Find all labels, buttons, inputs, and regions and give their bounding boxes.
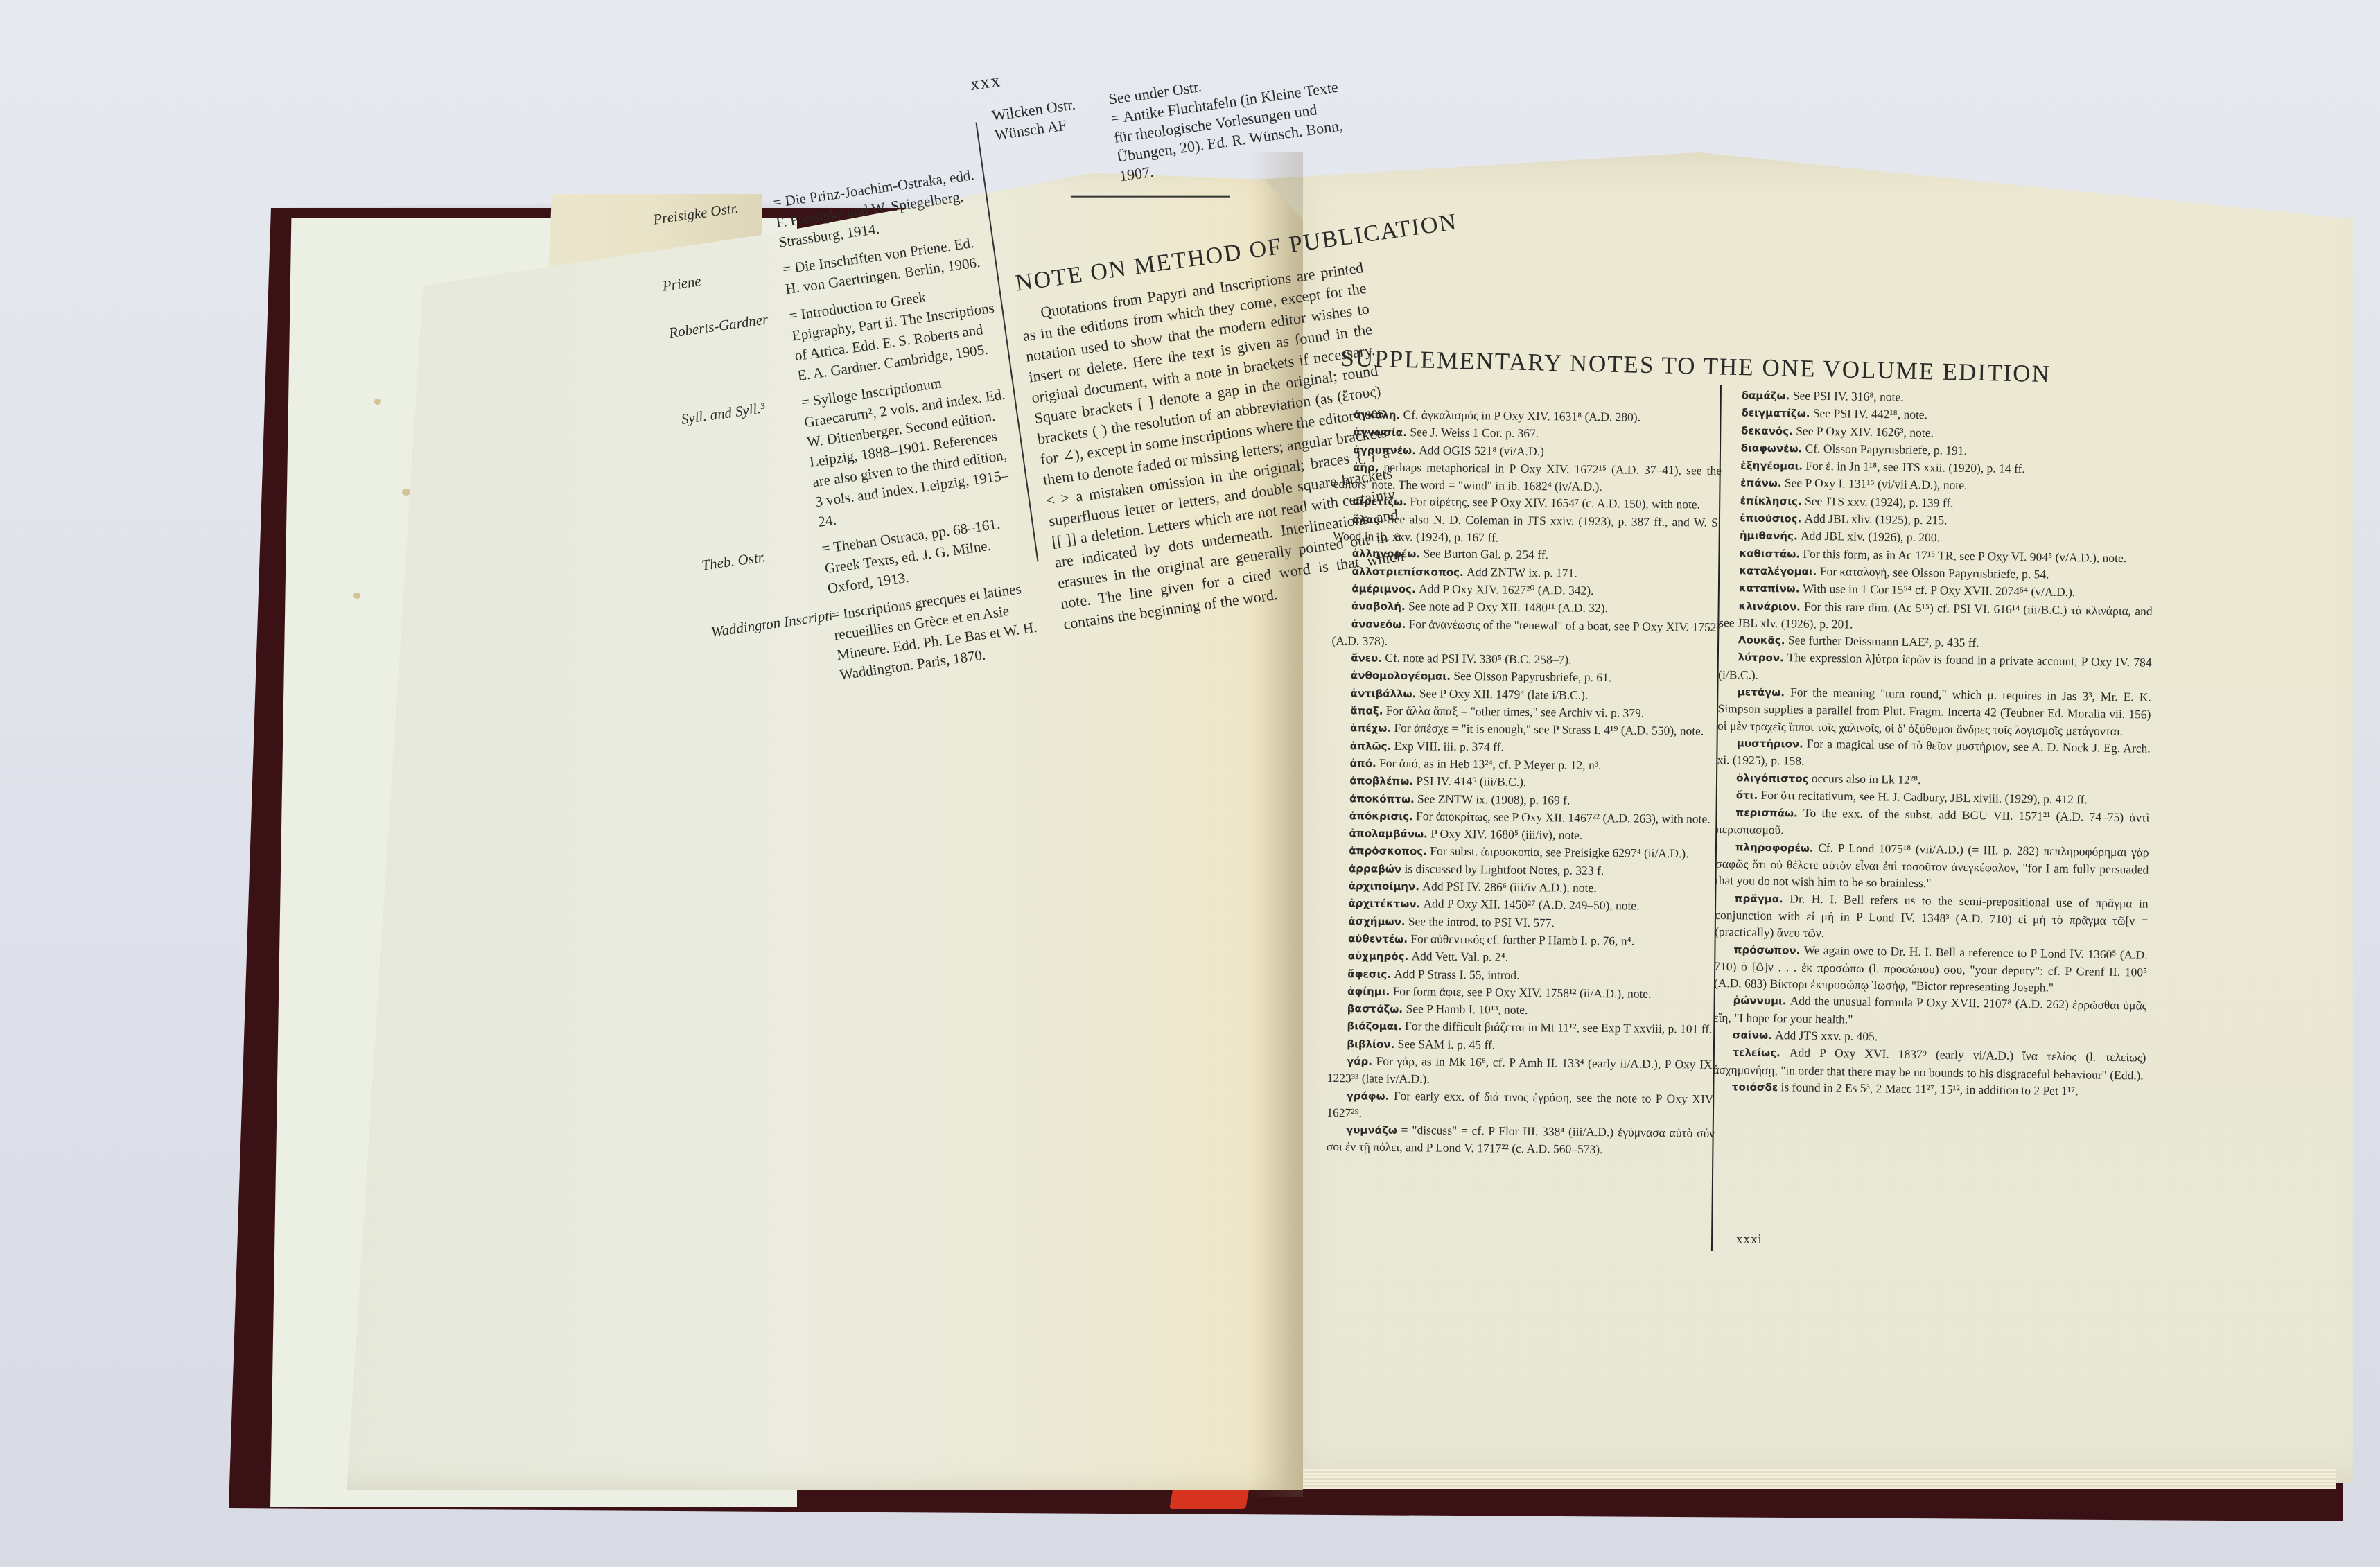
entry-text: occurs also in Lk 12²⁸.: [1812, 771, 1921, 786]
headword: ἁπλῶς.: [1350, 739, 1391, 753]
entry-text: is found in 2 Es 5³, 2 Macc 11²⁷, 15¹², …: [1781, 1080, 2079, 1098]
entry-text: With use in 1 Cor 15⁵⁴ cf. P Oxy XVII. 2…: [1803, 581, 2076, 599]
headword: ὅτι.: [1736, 789, 1758, 801]
headword: σαίνω.: [1733, 1028, 1772, 1042]
headword: ἀρχιτέκτων.: [1348, 898, 1420, 911]
headword: τελείως.: [1732, 1047, 1780, 1060]
entry-text: See Olsson Papyrusbriefe, p. 61.: [1453, 669, 1611, 684]
entry-text: See also N. D. Coleman in JTS xxiv. (192…: [1333, 512, 1721, 545]
headword: καθιστάω.: [1740, 547, 1801, 560]
entry-text: For ἀπέσχε = "it is enough," see P Stras…: [1394, 721, 1704, 738]
entry-text: Exp VIII. iii. p. 374 ff.: [1394, 739, 1503, 754]
abbreviation-key: Preisigke Ostr.: [651, 193, 780, 270]
headword: δαμάζω.: [1742, 389, 1790, 402]
entry-text: Add JBL xliv. (1925), p. 215.: [1805, 511, 1948, 527]
entry-text: See PSI IV. 442¹⁸, note.: [1813, 406, 1927, 421]
headword: ἀντιβάλλω.: [1351, 687, 1417, 700]
entry-text: For form ἄφιε, see P Oxy XIV. 1758¹² (ii…: [1393, 984, 1652, 1001]
headword: καταπίνω.: [1739, 582, 1800, 595]
entry-text: For ἄλλα ἅπαξ = "other times," see Archi…: [1386, 703, 1645, 720]
entry-text: For αἱρέτης, see P Oxy XIV. 1654⁷ (c. A.…: [1410, 495, 1700, 511]
headword: ἀναβολή.: [1351, 600, 1406, 613]
headword: ἀήρ,: [1353, 461, 1379, 473]
headword: ἀπέχω.: [1350, 722, 1391, 735]
headword: ἀρχιποίμην.: [1349, 879, 1419, 893]
headword: ἀλληγορέω.: [1352, 548, 1421, 561]
entry-text: See P Hamb I. 10¹³, note.: [1406, 1001, 1528, 1017]
lexicon-entry: ἀήρ, perhaps metaphorical in P Oxy XIV. …: [1333, 458, 1722, 496]
headword: γυμνάζω: [1346, 1123, 1397, 1137]
entry-text: Add P Oxy XII. 1450²⁷ (A.D. 249–50), not…: [1423, 897, 1639, 913]
headword: ἀγνωσία.: [1354, 426, 1407, 439]
abbreviation-value: = Sylloge Inscriptionum Graecarum², 2 vo…: [800, 365, 1022, 532]
headword: πρόσωπον.: [1734, 943, 1801, 956]
abbreviation-list: Preisigke Ostr.= Die Prinz-Joachim-Ostra…: [651, 165, 1044, 709]
headword: δεκανός.: [1741, 424, 1793, 437]
headword: ἀλλοτριεπίσκοπος.: [1351, 565, 1463, 579]
abbreviation-list-continued: Wilcken Ostr.See under Ostr. Wünsch AF= …: [990, 56, 1360, 202]
entry-text: For ἀποκρίτως, see P Oxy XII. 1467²² (A.…: [1416, 809, 1710, 825]
entry-text: Add JTS xxv. p. 405.: [1775, 1028, 1878, 1043]
headword: μυστήριον.: [1737, 737, 1803, 750]
lexicon-entry: μυστήριον. For a magical use of τὸ θεῖον…: [1717, 734, 2151, 774]
entry-text: See note ad P Oxy XII. 1480¹¹ (A.D. 32).: [1408, 599, 1608, 615]
headword: ἀφίημι.: [1347, 985, 1390, 998]
lexicon-entry: μετάγω. For the meaning "turn round," wh…: [1717, 683, 2151, 740]
headword: γάρ.: [1347, 1055, 1372, 1067]
headword: ἀρραβών: [1349, 862, 1401, 875]
entry-text: See Burton Gal. p. 254 ff.: [1423, 547, 1548, 562]
headword: ἀπολαμβάνω.: [1349, 827, 1427, 840]
entry-text: Cf. ἀγκαλισμός in P Oxy XIV. 1631⁸ (A.D.…: [1403, 408, 1640, 424]
entry-text: Add ZNTW ix. p. 171.: [1467, 565, 1577, 580]
entry-text: Add PSI IV. 286⁶ (iii/iv A.D.), note.: [1422, 879, 1596, 895]
lexicon-entry: πληροφορέω. Cf. P Lond 1075¹⁸ (vii/A.D.)…: [1715, 838, 2149, 895]
headword: βαστάζω.: [1347, 1002, 1403, 1015]
entry-text: Add P Strass I. 55, introd.: [1394, 966, 1519, 981]
entry-text: See J. Weiss 1 Cor. p. 367.: [1410, 425, 1539, 440]
headword: ἡμιθανής.: [1740, 529, 1798, 543]
headword: ἀμέριμνος.: [1351, 582, 1416, 595]
headword: ἀγκάλη.: [1354, 408, 1401, 421]
lexicon-entry: λύτρον. The expression λ]ύτρα ἱερῶν is f…: [1718, 648, 2152, 688]
entry-text: For ὅτι recitativum, see H. J. Cadbury, …: [1760, 788, 2088, 807]
abbreviation-key: Priene: [661, 260, 787, 317]
entry-text: The expression λ]ύτρα ἱερῶν is found in …: [1718, 651, 2152, 682]
page-edges: [1275, 1469, 2336, 1489]
entry-text: perhaps metaphorical in P Oxy XIV. 1672¹…: [1333, 460, 1722, 494]
headword: κλινάριον.: [1738, 599, 1801, 613]
headword: ῥώννυμι.: [1733, 995, 1786, 1008]
entry-text: Cf. Olsson Papyrusbriefe, p. 191.: [1805, 441, 1968, 457]
headword: ἀνθομολογέομαι.: [1351, 669, 1451, 683]
lexicon-entry: κλινάριον. For this rare dim. (Ac 5¹⁵) c…: [1719, 597, 2153, 637]
headword: πληροφορέω.: [1735, 841, 1814, 855]
headword: ἀποκόπτω.: [1349, 792, 1415, 805]
abbreviation-key: Roberts-Gardner: [667, 306, 798, 403]
headword: ἅλας.: [1352, 513, 1383, 525]
entry-text: See further Deissmann LAE², p. 435 ff.: [1788, 633, 1979, 650]
headword: βιάζομαι.: [1347, 1020, 1402, 1033]
lexicon-entry: γάρ. For γάρ, as in Mk 16⁸, cf. P Amh II…: [1327, 1052, 1715, 1090]
entry-text: For αὐθεντικός cf. further P Hamb I. p. …: [1410, 931, 1634, 947]
headword: ἅπαξ.: [1350, 704, 1383, 717]
headword: ἄνευ.: [1351, 651, 1382, 664]
entry-text: Add JBL xlv. (1926), p. 200.: [1801, 529, 1940, 545]
headword: βιβλίον.: [1347, 1038, 1394, 1051]
lexicon-entry: πρᾶγμα. Dr. H. I. Bell refers us to the …: [1715, 889, 2149, 947]
abbreviation-key: Theb. Ostr.: [701, 539, 829, 616]
entry-text: See ZNTW ix. (1908), p. 169 f.: [1417, 791, 1570, 807]
headword: λύτρον.: [1738, 651, 1783, 665]
entry-text: See PSI IV. 316⁸, note.: [1793, 388, 1904, 403]
lexicon-entry: πρόσωπον. We again owe to Dr. H. I. Bell…: [1714, 940, 2148, 997]
headword: ἀπό.: [1350, 757, 1376, 769]
headword: ἀσχήμων.: [1348, 915, 1406, 928]
entry-text: See P Oxy XIV. 1626³, note.: [1796, 423, 1934, 439]
entry-text: Add P Oxy XIV. 1627²⁰ (A.D. 342).: [1419, 581, 1594, 597]
headword: αὐθεντέω.: [1348, 932, 1408, 945]
section-rule: [1071, 196, 1230, 198]
entry-text: See P Oxy XII. 1479⁴ (late i/B.C.).: [1419, 686, 1589, 702]
lexicon-entry: ἀνανεόω. For ἀνανέωσις of the "renewal" …: [1331, 615, 1720, 653]
abbreviation-key: Waddington Inscriptions: [710, 606, 841, 702]
entry-text: For ἐ. in Jn 1¹⁸, see JTS xxii. (1920), …: [1805, 459, 2025, 475]
headword: ὀλιγόπιστος: [1736, 771, 1809, 785]
entry-text: See SAM i. p. 45 ff.: [1398, 1037, 1496, 1051]
headword: ἀγρυπνέω.: [1353, 444, 1416, 457]
entry-text: PSI IV. 414⁹ (iii/B.C.).: [1416, 774, 1526, 789]
entry-text: For this form, as in Ac 17¹⁵ TR, see P O…: [1803, 546, 2126, 565]
left-page-text: xxx Preisigke Ostr.= Die Prinz-Joachim-O…: [610, 15, 1364, 591]
lexicon-entry: τελείως. Add P Oxy XVI. 1837⁹ (early vi/…: [1713, 1043, 2146, 1083]
entry-text: is discussed by Lightfoot Notes, p. 323 …: [1404, 861, 1604, 877]
headword: Λουκᾶς.: [1738, 634, 1785, 647]
headword: γράφω.: [1346, 1089, 1389, 1103]
headword: περισπάω.: [1735, 806, 1798, 819]
headword: αἱρετίζω.: [1352, 496, 1406, 509]
headword: καταλέγομαι.: [1739, 564, 1817, 578]
headword: μετάγω.: [1738, 685, 1785, 699]
headword: ἐπίκλησις.: [1740, 494, 1802, 507]
headword: τοιόσδε: [1732, 1080, 1778, 1094]
lexicon-entry: γυμνάζω = "discuss" = cf. P Flor III. 33…: [1327, 1121, 1715, 1159]
headword: δειγματίζω.: [1741, 407, 1810, 420]
entry-text: See JTS xxv. (1924), p. 139 ff.: [1805, 493, 1954, 509]
headword: ἐξηγέομαι.: [1740, 459, 1803, 473]
headword: ἄφεσις.: [1347, 968, 1391, 981]
entry-text: For ἀπό, as in Heb 13²⁴, cf. P Meyer p. …: [1379, 756, 1601, 772]
entry-text: Add OGIS 521⁸ (vi/A.D.): [1419, 443, 1544, 458]
entry-text: For the difficult βιάζεται in Mt 11¹², s…: [1405, 1019, 1713, 1037]
page-number-right: xxxi: [1736, 1232, 1762, 1248]
headword: πρᾶγμα.: [1735, 892, 1783, 905]
entry-text: Cf. note ad PSI IV. 330⁵ (B.C. 258–7).: [1385, 651, 1571, 667]
headword: ἐπιούσιος.: [1740, 511, 1801, 525]
lexicon-entry: ῥώννυμι. Add the unusual formula P Oxy X…: [1713, 991, 2147, 1031]
entry-text: For καταλογή, see Olsson Papyrusbriefe, …: [1820, 564, 2049, 581]
headword: ἀνανεόω.: [1351, 618, 1406, 631]
headword: ἀπρόσκοπος.: [1349, 845, 1427, 858]
headword: ἀποβλέπω.: [1349, 774, 1413, 787]
abbreviation-key: Wünsch AF: [993, 110, 1121, 203]
headword: ἀπόκρισις.: [1349, 809, 1413, 823]
entry-text: P Oxy XIV. 1680⁵ (iii/iv), note.: [1430, 827, 1582, 842]
page-number-left: xxx: [969, 70, 1003, 95]
entry-text: For γάρ, as in Mk 16⁸, cf. P Amh II. 133…: [1327, 1054, 1715, 1086]
entries-right-column: δαμάζω. See PSI IV. 316⁸, note.δειγματίζ…: [1713, 386, 2155, 1101]
headword: διαφωνέω.: [1741, 441, 1803, 455]
lexicon-entry: περισπάω. To the exx. of the subst. add …: [1716, 803, 2150, 843]
lexicon-entry: ἅλας. See also N. D. Coleman in JTS xxiv…: [1333, 510, 1721, 548]
entry-text: See P Oxy I. 131¹⁵ (vi/vii A.D.), note.: [1785, 476, 1968, 493]
abbreviation-key: Syll. and Syll.³: [680, 393, 820, 549]
entry-text: Add Vett. Val. p. 2⁴.: [1411, 949, 1508, 963]
entries-left-column: ἀγκάλη. Cf. ἀγκαλισμός in P Oxy XIV. 163…: [1327, 405, 1722, 1159]
headword: ἐπάνω.: [1740, 477, 1782, 490]
lexicon-entry: γράφω. For early exx. of διά τινος ἐγράφ…: [1327, 1087, 1715, 1125]
entry-text: See the introd. to PSI VI. 577.: [1408, 914, 1555, 929]
headword: αὐχμηρός.: [1348, 949, 1409, 963]
entry-text: For subst. ἀπροσκοπία, see Preisigke 629…: [1430, 844, 1689, 861]
